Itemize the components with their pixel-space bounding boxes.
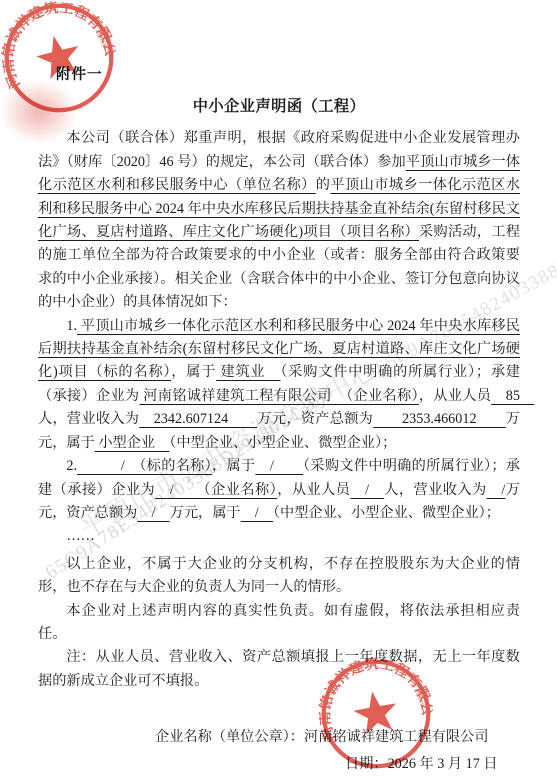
filled-blank: / — [487, 482, 506, 498]
filled-blank: / — [255, 458, 303, 474]
static-text: （中型企业、小型企业、微型企业）； — [169, 435, 396, 451]
enterprise-item-1: 1. 平顶山市城乡一体化示范区水利和移民服务中心 2024 年中央水库移民后期扶… — [38, 315, 520, 455]
static-text: 万元，属于 — [170, 505, 241, 521]
filled-blank: / — [137, 505, 169, 521]
filled-blank: / （标的名称） — [77, 458, 212, 474]
attachment-label: 附件一 — [56, 63, 103, 84]
static-text: 注：从业人员、营业收入、资产总额填报上一年度数据，无上一年度数据的新成立企业可不… — [38, 649, 520, 688]
static-text: 人，营业收入为 — [384, 482, 487, 498]
filled-blank: 小型企业 — [95, 435, 170, 451]
responsibility-clause: 本企业对上述声明内容的真实性负责。如有虚假，将依法承担相应责任。 — [38, 600, 520, 647]
static-text: 1. — [66, 318, 77, 334]
document-body: 中小企业声明函（工程） 本公司（联合体）郑重声明，根据《政府采购促进中小企业发展… — [38, 95, 520, 776]
static-text: …… — [66, 528, 94, 544]
signature-date-line: 日期：2026 年 3 月 17 日 — [38, 753, 520, 776]
static-text: 本企业对上述声明内容的真实性负责。如有虚假，将依法承担相应责任。 — [38, 603, 520, 642]
static-text: （中型企业、小型企业、微型企业）； — [273, 505, 500, 521]
static-text: ，属于 — [212, 458, 255, 474]
static-text: ，从业人员 — [277, 482, 350, 498]
filled-blank: 建筑业 — [216, 364, 280, 380]
static-text: 万元，资产总额为 — [257, 411, 373, 427]
ellipsis-line: …… — [38, 525, 520, 548]
signature-company-line: 企业名称（单位公章）：河南铭诚祥建筑工程有限公司 — [38, 726, 520, 749]
static-text: ，属于 — [171, 364, 216, 380]
note-clause: 注：从业人员、营业收入、资产总额填报上一年度数据，无上一年度数据的新成立企业可不… — [38, 646, 520, 693]
declaration-document-page: 65C9A78E5482403388D29c30E13FB 平顶山市公共资源交易… — [0, 0, 557, 779]
static-text: ，从业人员 — [419, 388, 491, 404]
static-text: 的 — [316, 177, 331, 193]
filled-blank: 85 — [491, 388, 534, 404]
filled-blank: 2342.607124 — [139, 411, 257, 427]
filled-blank: / — [350, 482, 384, 498]
seal-serial-number: 8121316 — [94, 30, 108, 51]
filled-blank: 河南铭诚祥建筑工程有限公司 （企业名称） — [139, 388, 418, 404]
signature-block: 企业名称（单位公章）：河南铭诚祥建筑工程有限公司 日期：2026 年 3 月 1… — [38, 726, 520, 776]
filled-blank: 2353.466012 — [373, 411, 506, 427]
filled-blank: / — [241, 505, 273, 521]
declaration-paragraph: 本公司（联合体）郑重声明，根据《政府采购促进中小企业发展管理办法》（财库〔202… — [38, 127, 520, 314]
no-large-enterprise-clause: 以上企业，不属于大企业的分支机构，不存在控股股东为大企业的情形，也不存在与大企业… — [38, 553, 520, 600]
static-text: 以上企业，不属于大企业的分支机构，不存在控股股东为大企业的情形，也不存在与大企业… — [38, 556, 520, 595]
static-text: 2. — [66, 458, 77, 474]
document-title: 中小企业声明函（工程） — [38, 95, 520, 118]
enterprise-item-2: 2. / （标的名称），属于 / （采购文件中明确的所属行业）；承建（承接）企业… — [38, 455, 520, 525]
static-text: 人，营业收入为 — [38, 411, 139, 427]
filled-blank: / （企业名称） — [155, 482, 277, 498]
